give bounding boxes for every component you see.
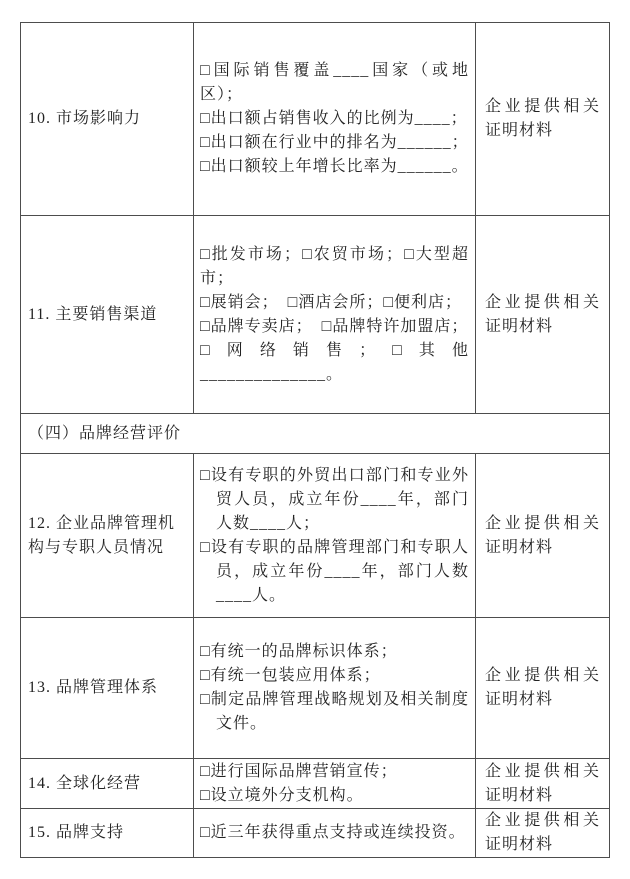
evidence-text: 企业提供相关证明材料: [485, 95, 600, 143]
criteria-item: □出口额较上年增长比率为______。: [200, 155, 469, 179]
criteria-list: □进行国际品牌营销宣传； □设立境外分支机构。: [194, 759, 476, 808]
criteria-item: □展销会； □酒店会所；□便利店；: [200, 291, 469, 315]
table-row-12: 12. 企业品牌管理机构与专职人员情况 □设有专职的外贸出口部门和专业外贸人员，…: [21, 454, 609, 618]
brand-evaluation-table: 10. 市场影响力 □国际销售覆盖____国家（或地区）； □出口额占销售收入的…: [20, 22, 610, 858]
table-row-11: 11. 主要销售渠道 □批发市场；□农贸市场；□大型超市； □展销会； □酒店会…: [21, 216, 609, 414]
evidence-text: 企业提供相关证明材料: [485, 809, 600, 857]
evidence-cell: 企业提供相关证明材料: [476, 759, 609, 808]
section-header: （四）品牌经营评价: [28, 422, 181, 446]
row-label: 11. 主要销售渠道: [28, 303, 157, 327]
criteria-item: □有统一的品牌标识体系；: [200, 640, 469, 664]
row-label-cell: 14. 全球化经营: [21, 759, 194, 808]
criteria-item: □批发市场；□农贸市场；□大型超市；: [200, 243, 469, 291]
row-label-cell: 12. 企业品牌管理机构与专职人员情况: [21, 454, 194, 617]
criteria-item: □出口额占销售收入的比例为____；: [200, 107, 469, 131]
criteria-item: □国际销售覆盖____国家（或地区）；: [200, 59, 469, 107]
row-label: 14. 全球化经营: [28, 772, 141, 796]
row-label: 15. 品牌支持: [28, 821, 124, 845]
criteria-item: □出口额在行业中的排名为______；: [200, 131, 469, 155]
row-label-cell: 11. 主要销售渠道: [21, 216, 194, 413]
table-row-10: 10. 市场影响力 □国际销售覆盖____国家（或地区）； □出口额占销售收入的…: [21, 23, 609, 216]
criteria-item: □品牌专卖店； □品牌特许加盟店；: [200, 315, 469, 339]
criteria-item: □制定品牌管理战略规划及相关制度文件。: [200, 688, 469, 736]
evidence-cell: 企业提供相关证明材料: [476, 454, 609, 617]
criteria-item: □网络销售；□其他______________。: [200, 339, 469, 387]
criteria-item: □有统一包装应用体系；: [200, 664, 469, 688]
criteria-list: □有统一的品牌标识体系； □有统一包装应用体系； □制定品牌管理战略规划及相关制…: [194, 618, 476, 758]
criteria-item: □设有专职的品牌管理部门和专职人员，成立年份____年，部门人数____人。: [200, 536, 469, 608]
evidence-text: 企业提供相关证明材料: [485, 512, 600, 560]
evidence-cell: 企业提供相关证明材料: [476, 809, 609, 857]
evidence-cell: 企业提供相关证明材料: [476, 23, 609, 215]
criteria-item: □设有专职的外贸出口部门和专业外贸人员，成立年份____年，部门人数____人；: [200, 464, 469, 536]
criteria-item: □进行国际品牌营销宣传；: [200, 760, 469, 784]
evidence-text: 企业提供相关证明材料: [485, 664, 600, 712]
row-label-cell: 10. 市场影响力: [21, 23, 194, 215]
criteria-list: □近三年获得重点支持或连续投资。: [194, 809, 476, 857]
table-row-13: 13. 品牌管理体系 □有统一的品牌标识体系； □有统一包装应用体系； □制定品…: [21, 618, 609, 759]
row-label: 13. 品牌管理体系: [28, 676, 158, 700]
evidence-cell: 企业提供相关证明材料: [476, 618, 609, 758]
criteria-list: □批发市场；□农贸市场；□大型超市； □展销会； □酒店会所；□便利店； □品牌…: [194, 216, 476, 413]
criteria-list: □国际销售覆盖____国家（或地区）； □出口额占销售收入的比例为____； □…: [194, 23, 476, 215]
evidence-cell: 企业提供相关证明材料: [476, 216, 609, 413]
row-label: 10. 市场影响力: [28, 107, 141, 131]
criteria-list: □设有专职的外贸出口部门和专业外贸人员，成立年份____年，部门人数____人；…: [194, 454, 476, 617]
row-label-cell: 15. 品牌支持: [21, 809, 194, 857]
table-row-14: 14. 全球化经营 □进行国际品牌营销宣传； □设立境外分支机构。 企业提供相关…: [21, 759, 609, 809]
section-header-row: （四）品牌经营评价: [21, 414, 609, 454]
row-label: 12. 企业品牌管理机构与专职人员情况: [28, 512, 178, 560]
evidence-text: 企业提供相关证明材料: [485, 291, 600, 339]
evidence-text: 企业提供相关证明材料: [485, 760, 600, 808]
row-label-cell: 13. 品牌管理体系: [21, 618, 194, 758]
table-row-15: 15. 品牌支持 □近三年获得重点支持或连续投资。 企业提供相关证明材料: [21, 809, 609, 857]
criteria-item: □近三年获得重点支持或连续投资。: [200, 821, 469, 845]
criteria-item: □设立境外分支机构。: [200, 784, 469, 808]
